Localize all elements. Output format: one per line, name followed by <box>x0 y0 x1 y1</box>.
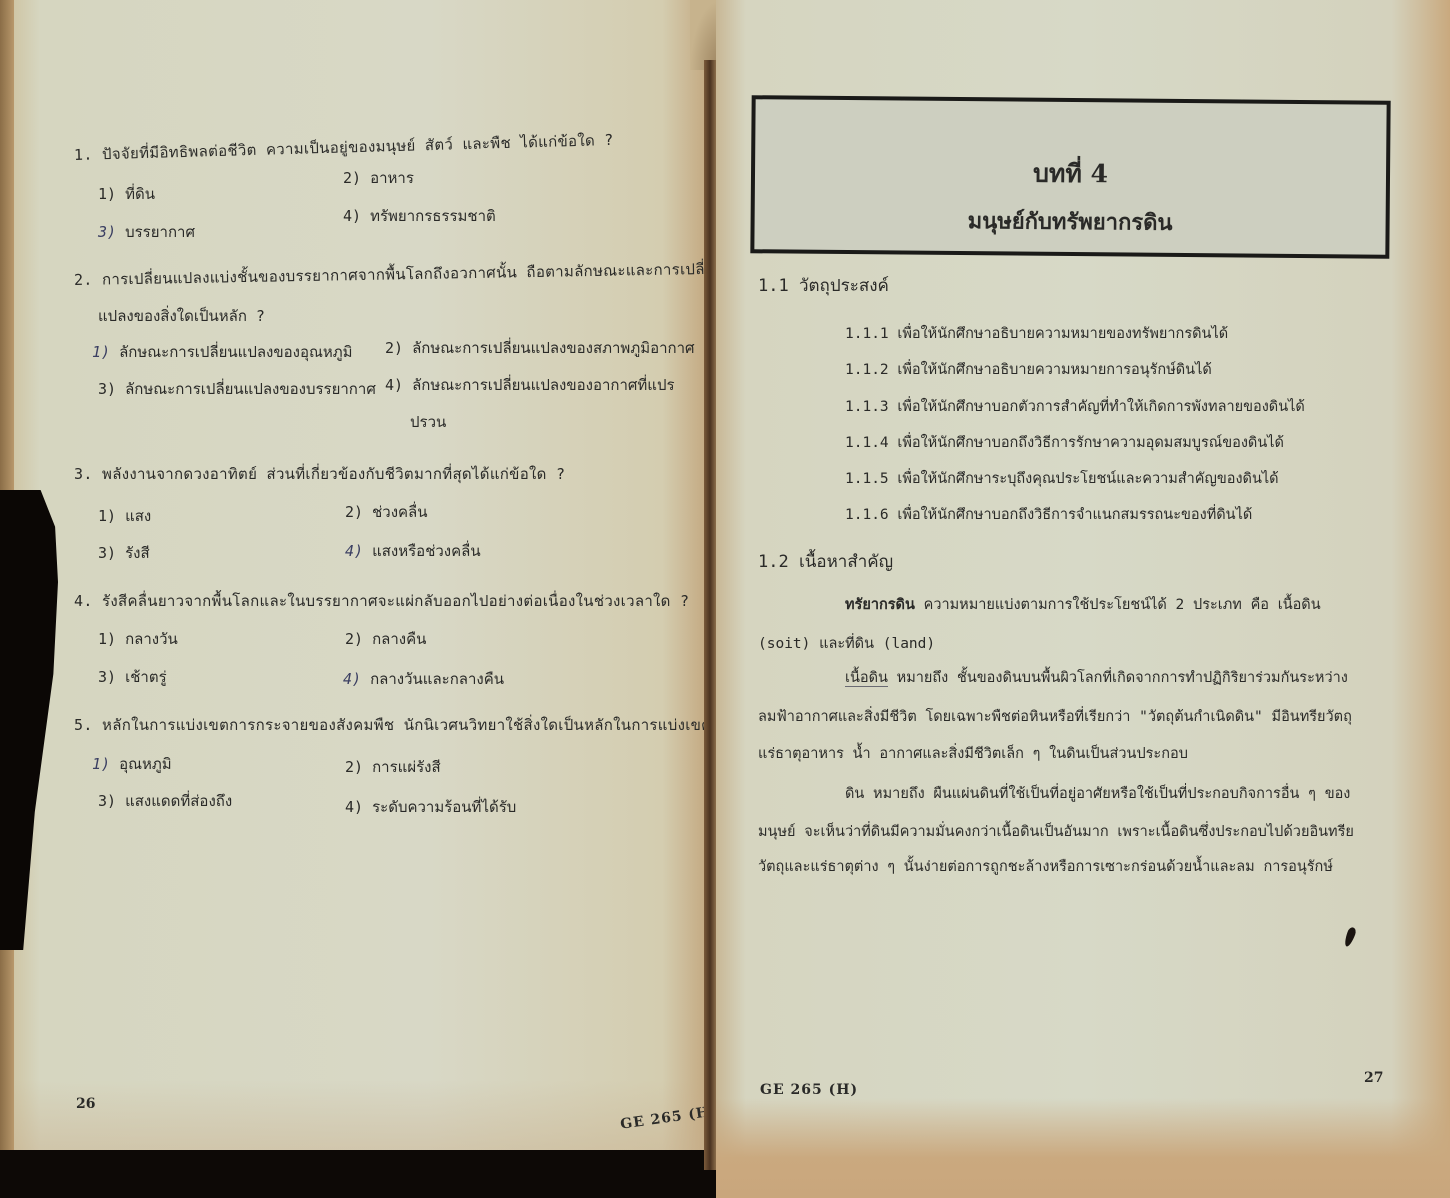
question-number: 5. <box>74 716 93 734</box>
paragraph-soil-definition: เนื้อดิน หมายถึง ชั้นของดินบนพื้นผิวโลกท… <box>845 666 1348 689</box>
paragraph-line: ลมฟ้าอากาศและสิ่งมีชีวิต โดยเฉพาะพืชต่อห… <box>758 705 1352 728</box>
objective-item: 1.1.4 เพื่อให้นักศึกษาบอกถึงวิธีการรักษา… <box>845 431 1284 454</box>
question-number: 1. <box>74 145 93 164</box>
option-2-3: 3) ลักษณะการเปลี่ยนแปลงของบรรยากาศ <box>98 377 376 401</box>
pen-mark: 4) <box>345 542 363 560</box>
section-heading-content: 1.2 เนื้อหาสำคัญ <box>758 548 893 575</box>
option-5-2: 2) การแผ่รังสี <box>345 755 441 779</box>
pen-mark: 1) <box>92 755 110 773</box>
question-4: 4. รังสีคลื่นยาวจากพื้นโลกและในบรรยากาศจ… <box>74 589 689 613</box>
option-3-2: 2) ช่วงคลื่น <box>345 500 428 524</box>
question-text: รังสีคลื่นยาวจากพื้นโลกและในบรรยากาศจะแผ… <box>102 592 689 610</box>
option-4-2: 2) กลางคืน <box>345 627 426 651</box>
page-number-left: 26 <box>76 1096 95 1112</box>
option-2-4-continued: ปรวน <box>410 410 446 434</box>
underlined-term: เนื้อดิน <box>845 670 888 687</box>
question-text: หลักในการแบ่งเขตการกระจายของสังคมพืช นัก… <box>102 716 711 734</box>
paragraph-soil-resource: ทรัยากรดิน ความหมายแบ่งตามการใช้ประโยชน์… <box>845 593 1321 616</box>
book-spread: 1. ปัจจัยที่มีอิทธิพลต่อชีวิต ความเป็นอย… <box>0 0 1450 1198</box>
pen-mark: 4) <box>343 670 361 688</box>
background-bottom <box>0 1150 720 1198</box>
paragraph-land-definition: ดิน หมายถึง ผืนแผ่นดินที่ใช้เป็นที่อยู่อ… <box>845 782 1350 805</box>
objective-item: 1.1.6 เพื่อให้นักศึกษาบอกถึงวิธีการจำแนก… <box>845 503 1252 526</box>
option-5-1: 1) อุณหภูมิ <box>92 752 172 776</box>
question-number: 4. <box>74 592 93 610</box>
option-4-1: 1) กลางวัน <box>98 627 178 651</box>
paragraph-line: (soit) และที่ดิน (land) <box>758 632 935 655</box>
bold-term: ทรัยากรดิน <box>845 597 915 613</box>
objective-item: 1.1.5 เพื่อให้นักศึกษาระบุถึงคุณประโยชน์… <box>845 467 1279 490</box>
question-number: 2. <box>74 271 93 289</box>
book-gutter <box>704 60 716 1170</box>
paragraph-line: วัตถุและแร่ธาตุต่าง ๆ นั้นง่ายต่อการถูกช… <box>758 855 1333 878</box>
course-code-right: GE 265 (H) <box>760 1082 858 1098</box>
question-3: 3. พลังงานจากดวงอาทิตย์ ส่วนที่เกี่ยวข้อ… <box>74 462 565 486</box>
option-2-1: 1) ลักษณะการเปลี่ยนแปลงของอุณหภูมิ <box>92 340 353 364</box>
question-5: 5. หลักในการแบ่งเขตการกระจายของสังคมพืช … <box>74 713 711 737</box>
option-5-3: 3) แสงแดดที่ส่องถึง <box>98 789 232 813</box>
option-1-3: 3) บรรยากาศ <box>98 220 195 244</box>
option-3-4: 4) แสงหรือช่วงคลื่น <box>345 539 481 563</box>
option-2-4: 4) ลักษณะการเปลี่ยนแปลงของอากาศที่แปร <box>385 373 675 397</box>
pen-mark: 3) <box>98 223 116 241</box>
chapter-subtitle: มนุษย์กับทรัพยากรดิน <box>754 201 1385 242</box>
question-number: 3. <box>74 465 93 483</box>
question-2-continued: แปลงของสิ่งใดเป็นหลัก ? <box>98 304 265 328</box>
option-5-4: 4) ระดับความร้อนที่ได้รับ <box>345 795 516 819</box>
objective-item: 1.1.3 เพื่อให้นักศึกษาบอกตัวการสำคัญที่ท… <box>845 395 1305 418</box>
option-3-1: 1) แสง <box>98 504 151 528</box>
chapter-header-box: บทที่ 4 มนุษย์กับทรัพยากรดิน <box>750 95 1390 259</box>
paragraph-line: มนุษย์ จะเห็นว่าที่ดินมีความมั่นคงกว่าเน… <box>758 820 1354 843</box>
option-1-1: 1) ที่ดิน <box>98 182 155 206</box>
section-heading-objectives: 1.1 วัตถุประสงค์ <box>758 272 889 299</box>
option-4-3: 3) เช้าตรู่ <box>98 665 167 689</box>
option-1-4: 4) ทรัพยากรธรรมชาติ <box>343 204 496 228</box>
chapter-title: บทที่ 4 <box>755 151 1386 197</box>
option-2-2: 2) ลักษณะการเปลี่ยนแปลงของสภาพภูมิอากาศ <box>385 336 695 360</box>
pen-mark: 1) <box>92 343 110 361</box>
option-4-4: 4) กลางวันและกลางคืน <box>343 667 504 691</box>
objective-item: 1.1.1 เพื่อให้นักศึกษาอธิบายความหมายของท… <box>845 322 1228 345</box>
paragraph-line: แร่ธาตุอาหาร น้ำ อากาศและสิ่งมีชีวิตเล็ก… <box>758 742 1188 765</box>
objective-item: 1.1.2 เพื่อให้นักศึกษาอธิบายความหมายการอ… <box>845 358 1212 381</box>
option-3-3: 3) รังสี <box>98 541 150 565</box>
question-text: พลังงานจากดวงอาทิตย์ ส่วนที่เกี่ยวข้องกั… <box>102 465 565 483</box>
page-number-right: 27 <box>1364 1070 1383 1086</box>
option-1-2: 2) อาหาร <box>343 166 414 190</box>
